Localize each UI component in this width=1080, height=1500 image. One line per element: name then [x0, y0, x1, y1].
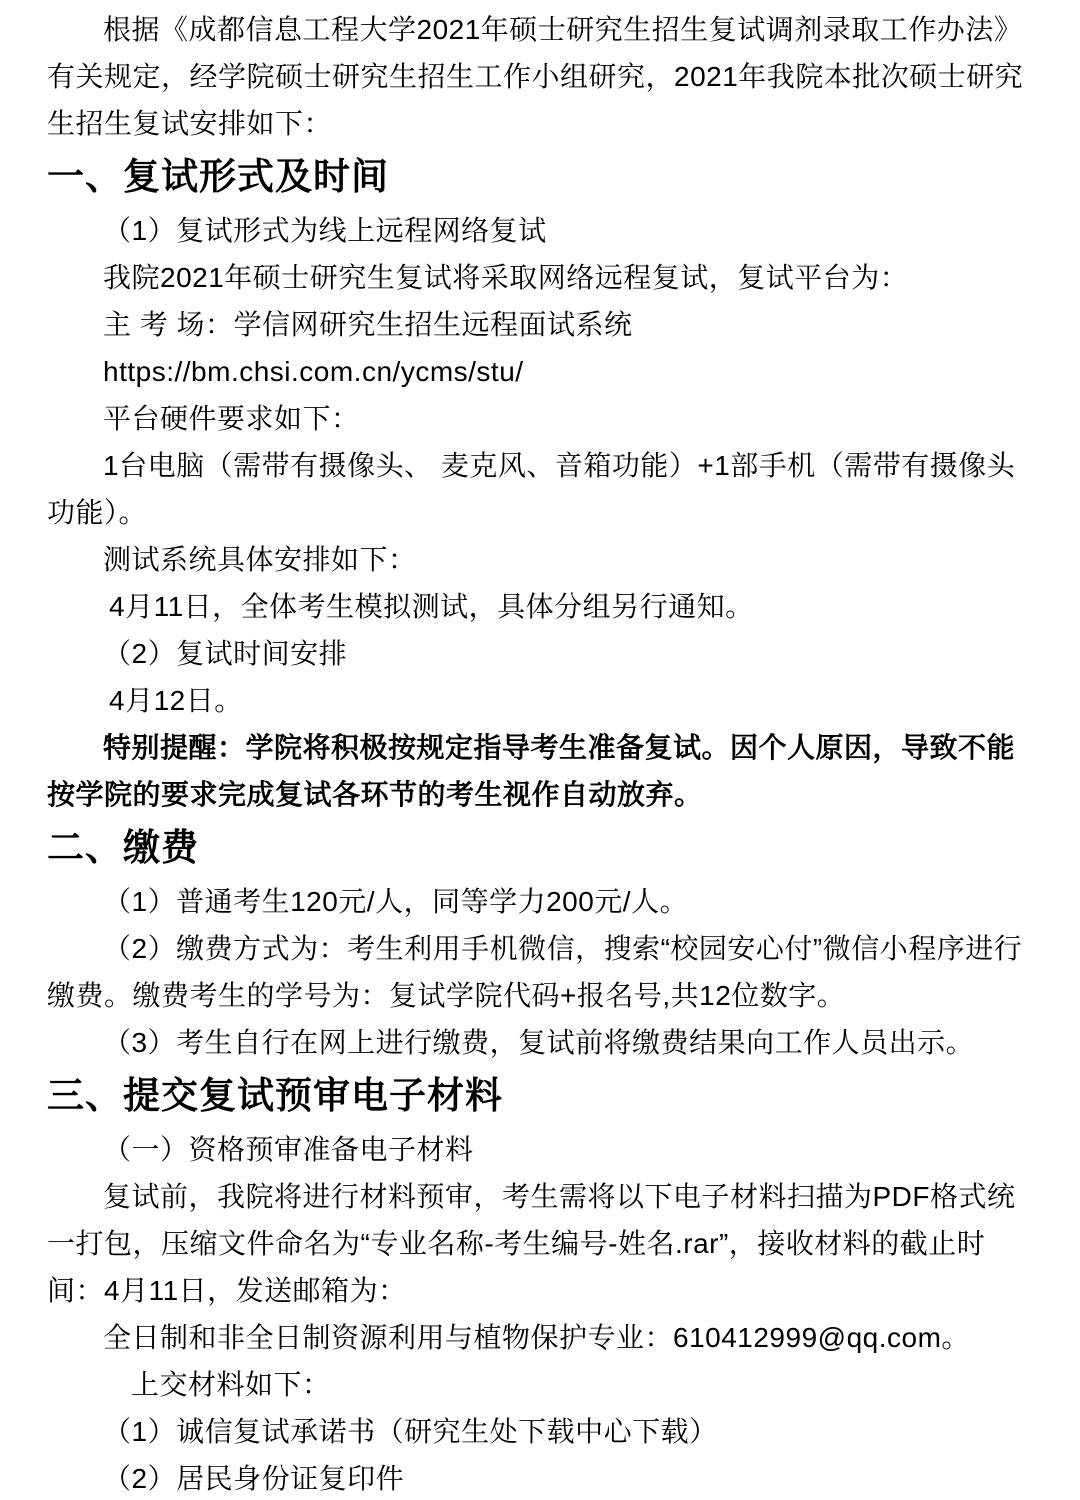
section-heading: 三、提交复试预审电子材料 [47, 1066, 1040, 1126]
paragraph: （1）复试形式为线上远程网络复试 [47, 207, 1040, 254]
text-line: （1）诚信复试承诺书（研究生处下载中心下载） [47, 1408, 1040, 1455]
text-line: https://bm.chsi.com.cn/ycms/stu/ [47, 348, 1040, 395]
text-line: 根据《成都信息工程大学2021年硕士研究生招生复试调剂录取工作办法》 [47, 6, 1040, 53]
paragraph: 1台电脑（需带有摄像头、 麦克风、音箱功能）+1部手机（需带有摄像头功能）。 [47, 442, 1040, 536]
paragraph: 我院2021年硕士研究生复试将采取网络远程复试，复试平台为： [47, 254, 1040, 301]
emphasis-paragraph: 特别提醒：学院将积极按规定指导考生准备复试。因个人原因，导致不能按学院的要求完成… [47, 724, 1040, 818]
heading-text: 一、复试形式及时间 [47, 147, 1040, 207]
paragraph: https://bm.chsi.com.cn/ycms/stu/ [47, 348, 1040, 395]
text-line: 4月12日。 [47, 677, 1040, 724]
text-line: 全日制和非全日制资源利用与植物保护专业：610412999@qq.com。 [47, 1314, 1040, 1361]
text-line: 间：4月11日，发送邮箱为： [47, 1267, 1040, 1314]
document-body: 根据《成都信息工程大学2021年硕士研究生招生复试调剂录取工作办法》有关规定，经… [47, 6, 1040, 1500]
text-line: 复试前，我院将进行材料预审，考生需将以下电子材料扫描为PDF格式统 [47, 1173, 1040, 1220]
paragraph: 全日制和非全日制资源利用与植物保护专业：610412999@qq.com。 [47, 1314, 1040, 1361]
paragraph: （2）缴费方式为：考生利用手机微信，搜索“校园安心付”微信小程序进行缴费。缴费考… [47, 925, 1040, 1019]
text-line: （1）复试形式为线上远程网络复试 [47, 207, 1040, 254]
text-line: （1）普通考生120元/人，同等学力200元/人。 [47, 878, 1040, 925]
paragraph: （1）诚信复试承诺书（研究生处下载中心下载） [47, 1408, 1040, 1455]
text-line: 有关规定，经学院硕士研究生招生工作小组研究，2021年我院本批次硕士研究 [47, 53, 1040, 100]
text-line: 上交材料如下： [47, 1361, 1040, 1408]
paragraph: 测试系统具体安排如下： [47, 536, 1040, 583]
paragraph: （2）复试时间安排 [47, 630, 1040, 677]
text-line: 我院2021年硕士研究生复试将采取网络远程复试，复试平台为： [47, 254, 1040, 301]
text-line: 功能）。 [47, 489, 1040, 536]
paragraph: 主 考 场：学信网研究生招生远程面试系统 [47, 301, 1040, 348]
text-line: 缴费。缴费考生的学号为：复试学院代码+报名号,共12位数字。 [47, 972, 1040, 1019]
text-line: （2）居民身份证复印件 [47, 1455, 1040, 1500]
text-line: 1台电脑（需带有摄像头、 麦克风、音箱功能）+1部手机（需带有摄像头 [47, 442, 1040, 489]
text-line: （一）资格预审准备电子材料 [47, 1126, 1040, 1173]
text-line: 平台硬件要求如下： [47, 395, 1040, 442]
text-line: 按学院的要求完成复试各环节的考生视作自动放弃。 [47, 771, 1040, 818]
text-line: 生招生复试安排如下： [47, 100, 1040, 147]
paragraph: （2）居民身份证复印件 [47, 1455, 1040, 1500]
heading-text: 二、缴费 [47, 818, 1040, 878]
text-line: 一打包，压缩文件命名为“专业名称-考生编号-姓名.rar”，接收材料的截止时 [47, 1220, 1040, 1267]
text-line: 特别提醒：学院将积极按规定指导考生准备复试。因个人原因，导致不能 [47, 724, 1040, 771]
paragraph: 平台硬件要求如下： [47, 395, 1040, 442]
document-page: 根据《成都信息工程大学2021年硕士研究生招生复试调剂录取工作办法》有关规定，经… [0, 0, 1080, 1500]
paragraph: （一）资格预审准备电子材料 [47, 1126, 1040, 1173]
paragraph: 根据《成都信息工程大学2021年硕士研究生招生复试调剂录取工作办法》有关规定，经… [47, 6, 1040, 147]
section-heading: 一、复试形式及时间 [47, 147, 1040, 207]
paragraph: 4月12日。 [47, 677, 1040, 724]
text-line: （3）考生自行在网上进行缴费，复试前将缴费结果向工作人员出示。 [47, 1019, 1040, 1066]
paragraph: 复试前，我院将进行材料预审，考生需将以下电子材料扫描为PDF格式统一打包，压缩文… [47, 1173, 1040, 1314]
paragraph: 上交材料如下： [47, 1361, 1040, 1408]
text-line: 测试系统具体安排如下： [47, 536, 1040, 583]
heading-text: 三、提交复试预审电子材料 [47, 1066, 1040, 1126]
text-line: （2）复试时间安排 [47, 630, 1040, 677]
text-line: （2）缴费方式为：考生利用手机微信，搜索“校园安心付”微信小程序进行 [47, 925, 1040, 972]
text-line: 主 考 场：学信网研究生招生远程面试系统 [47, 301, 1040, 348]
paragraph: （3）考生自行在网上进行缴费，复试前将缴费结果向工作人员出示。 [47, 1019, 1040, 1066]
section-heading: 二、缴费 [47, 818, 1040, 878]
text-line: 4月11日，全体考生模拟测试，具体分组另行通知。 [47, 583, 1040, 630]
paragraph: 4月11日，全体考生模拟测试，具体分组另行通知。 [47, 583, 1040, 630]
paragraph: （1）普通考生120元/人，同等学力200元/人。 [47, 878, 1040, 925]
